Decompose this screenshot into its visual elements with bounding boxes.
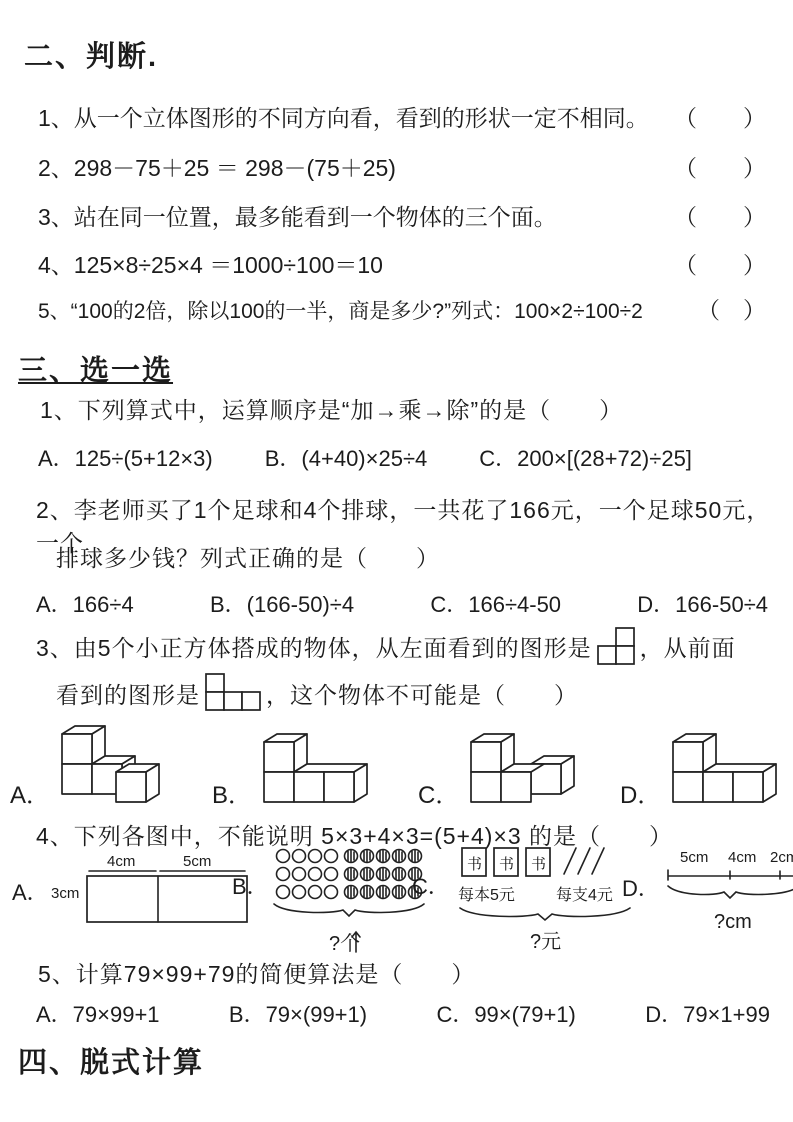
q4-figure-label-b: B．	[232, 870, 269, 901]
choose-q1-options: A．125÷(5+12×3) B．(4+40)×25÷4 C．200×[(28+…	[38, 442, 692, 473]
q1-option-a: A．125÷(5+12×3)	[38, 442, 213, 473]
q3-cube-label-b: B．	[212, 775, 252, 810]
price-per-book: 每本5元	[458, 886, 515, 904]
q4-figure-label-d: D．	[622, 872, 660, 903]
left-view-diagram	[596, 624, 636, 668]
underbrace	[460, 908, 630, 920]
choose-q2-line2: 排球多少钱？列式正确的是（ ）	[56, 540, 440, 573]
judge-item-3: 3、站在同一位置，最多能看到一个物体的三个面。 （ ）	[38, 199, 766, 232]
judge-item-4: 4、125×8÷25×4 ＝1000÷100＝10 （ ）	[38, 247, 766, 280]
books-pens-diagram: 书 书 书 每本5元 每支4元 ?元	[452, 844, 642, 959]
pen-strokes	[564, 848, 604, 874]
judge-item-2-text: 2、298－75＋25 ＝ 298－(75＋25)	[38, 150, 396, 183]
q2-option-c: C．166÷4-50	[430, 588, 561, 619]
choose-q5-options: A．79×99+1 B．79×(99+1) C．99×(79+1) D．79×1…	[36, 998, 770, 1029]
q3-cube-option-d: D．	[620, 716, 793, 810]
cube-figure-d	[665, 716, 793, 810]
judge-item-4-text: 4、125×8÷25×4 ＝1000÷100＝10	[38, 247, 383, 280]
rect-top-label-2: 5cm	[183, 853, 211, 870]
segment-line	[668, 870, 793, 880]
judge-item-5-answer-blank: （ ）	[697, 292, 766, 325]
q3-text-part2: ，从前面	[640, 630, 736, 663]
q3-cube-option-b: B．	[212, 716, 386, 810]
underbrace	[668, 886, 793, 898]
choose-q3-line1: 3、由5个小正方体搭成的物体，从左面看到的图形是 ，从前面	[36, 624, 736, 668]
q5-option-b: B．79×(99+1)	[229, 998, 367, 1029]
choose-q3-line2: 看到的图形是 ，这个物体不可能是（ ）	[56, 672, 578, 714]
segment-label-3: 2cm	[770, 849, 793, 866]
judge-item-1-answer-blank: （ ）	[674, 100, 766, 133]
segment-caption: ?cm	[714, 911, 752, 933]
q1-option-b: B．(4+40)×25÷4	[265, 442, 428, 473]
judge-item-1-text: 1、从一个立体图形的不同方向看，看到的形状一定不相同。	[38, 100, 649, 133]
judge-item-3-answer-blank: （ ）	[674, 199, 766, 232]
q4-figure-label-c: C．	[412, 870, 450, 901]
q3-text-part3: 看到的图形是	[56, 677, 200, 710]
front-view-diagram	[204, 672, 262, 714]
judge-item-3-text: 3、站在同一位置，最多能看到一个物体的三个面。	[38, 199, 557, 232]
book-char-3: 书	[531, 855, 546, 873]
q5-option-c: C．99×(79+1)	[436, 998, 575, 1029]
q2-option-d: D．166-50÷4	[637, 588, 768, 619]
segment-label-1: 5cm	[680, 849, 708, 866]
q3-text-part1: 3、由5个小正方体搭成的物体，从左面看到的图形是	[36, 630, 592, 663]
q3-text-part4: ，这个物体不可能是（ ）	[266, 677, 578, 710]
cube-figure-b	[256, 716, 386, 810]
q4-figure-a: A． 3cm 4cm 5cm	[12, 850, 251, 930]
section-judge-heading: 二、判断.	[24, 34, 158, 75]
cube-figure-c	[463, 716, 588, 810]
judge-item-2: 2、298－75＋25 ＝ 298－(75＋25) （ ）	[38, 150, 766, 183]
book-char-1: 书	[467, 855, 482, 873]
q3-cube-label-a: A．	[10, 775, 50, 810]
judge-item-5: 5、“100的2倍，除以100的一半，商是多少?”列式：100×2÷100÷2 …	[38, 292, 766, 325]
q5-option-a: A．79×99+1	[36, 998, 160, 1029]
section-calc-heading: 四、脱式计算	[18, 1040, 204, 1081]
judge-item-4-answer-blank: （ ）	[674, 247, 766, 280]
judge-item-1: 1、从一个立体图形的不同方向看，看到的形状一定不相同。 （ ）	[38, 100, 766, 133]
q1-option-c: C．200×[(28+72)÷25]	[479, 442, 692, 473]
q4-figure-b: B． ?个	[232, 844, 436, 956]
choose-q5-text: 5、计算79×99+79的简便算法是（ ）	[38, 956, 475, 989]
judge-item-2-answer-blank: （ ）	[674, 150, 766, 183]
rect-side-label: 3cm	[51, 885, 79, 902]
underbrace	[274, 904, 424, 916]
q3-cube-label-c: C．	[418, 775, 459, 810]
cube-figure-a	[54, 716, 174, 810]
q3-cube-option-c: C．	[418, 716, 588, 810]
choose-q1-text: 1、下列算式中，运算顺序是“加→乘→除”的是（ ）	[40, 392, 623, 425]
worksheet-page: 二、判断. 1、从一个立体图形的不同方向看，看到的形状一定不相同。 （ ） 2、…	[0, 0, 793, 1122]
judge-item-5-text: 5、“100的2倍，除以100的一半，商是多少?”列式：100×2÷100÷2	[38, 295, 643, 325]
rectangle-diagram: 3cm 4cm 5cm	[51, 850, 251, 930]
circles-diagram: ?个	[271, 844, 436, 956]
book-char-2: 书	[499, 855, 514, 873]
q4-figure-c: C． 书 书 书 每本5元 每支4元 ?元	[412, 844, 642, 959]
q2-option-b: B．(166-50)÷4	[210, 588, 354, 619]
books-caption: ?元	[530, 931, 561, 953]
choose-q2-options: A．166÷4 B．(166-50)÷4 C．166÷4-50 D．166-50…	[36, 588, 768, 619]
q3-cube-option-a: A．	[10, 716, 174, 810]
q2-option-a: A．166÷4	[36, 588, 134, 619]
q4-figure-label-a: A．	[12, 876, 49, 907]
q4-figure-d: D． 5cm 4cm 2cm ?cm	[622, 846, 793, 946]
q5-option-d: D．79×1+99	[645, 998, 770, 1029]
q3-cube-label-d: D．	[620, 775, 661, 810]
rect-top-label-1: 4cm	[107, 853, 135, 870]
segment-label-2: 4cm	[728, 849, 756, 866]
price-per-pen: 每支4元	[556, 886, 613, 904]
section-choose-heading: 三、选一选	[18, 348, 173, 389]
circles-caption: ?个	[329, 932, 360, 955]
segment-diagram: 5cm 4cm 2cm ?cm	[662, 846, 793, 946]
